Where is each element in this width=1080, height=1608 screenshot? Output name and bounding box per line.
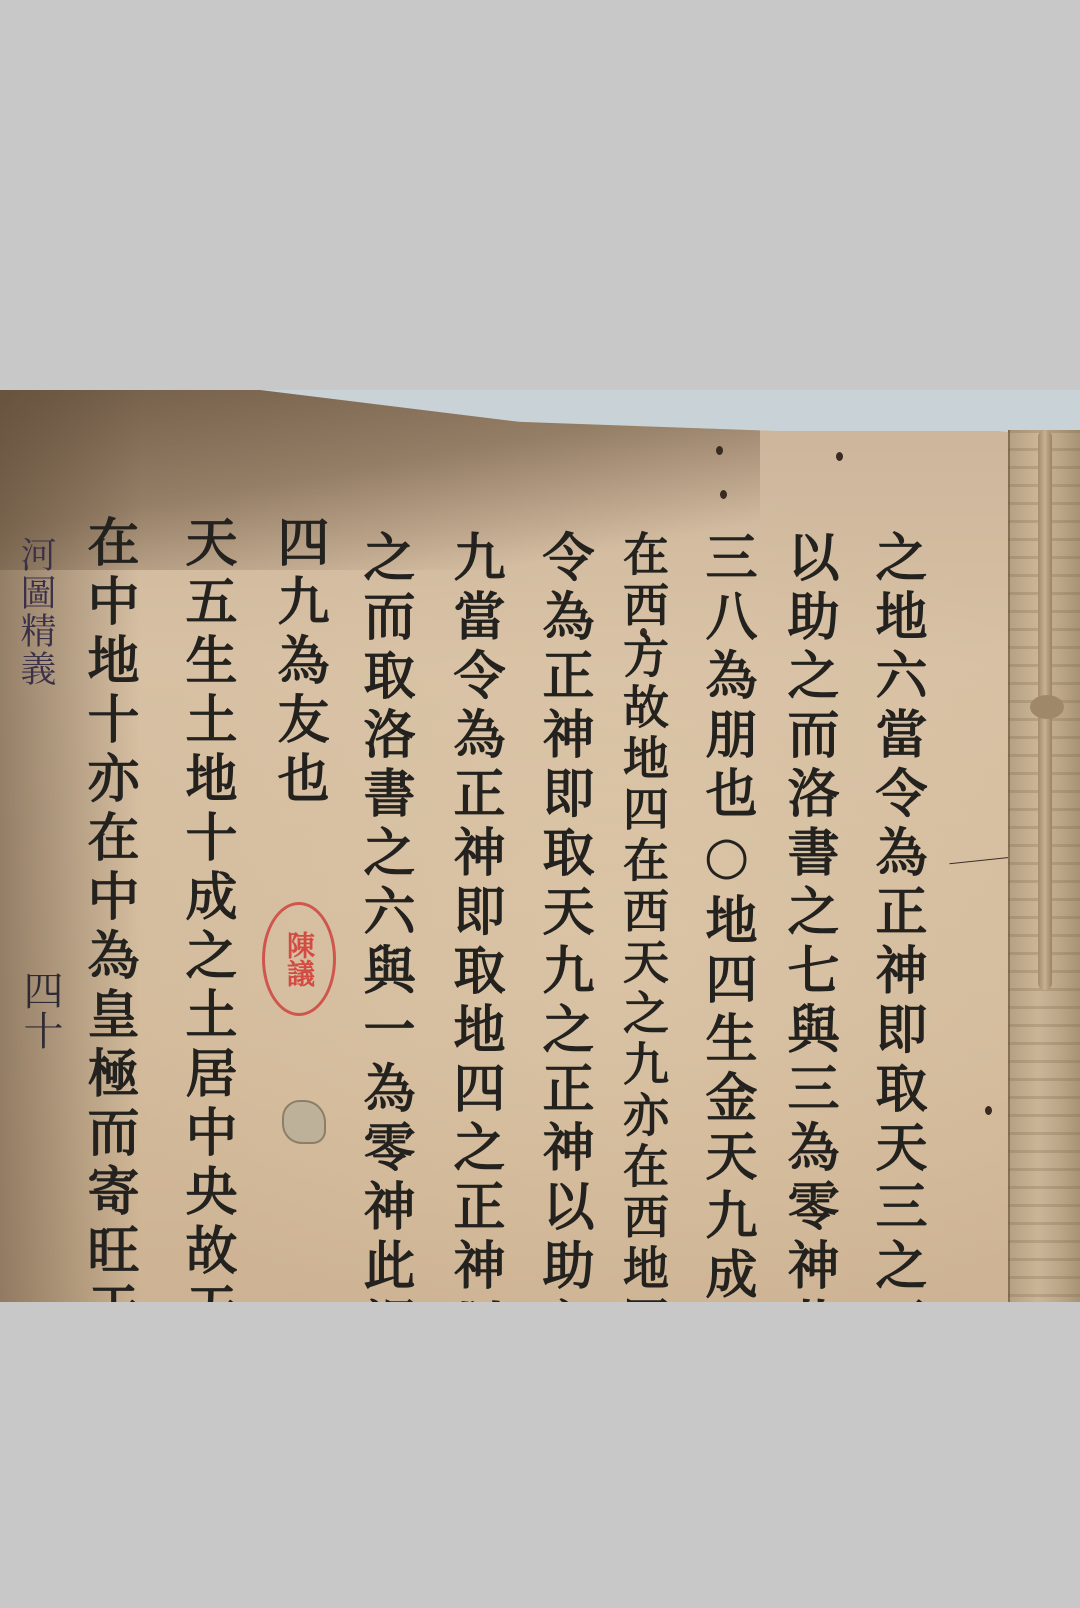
seal-text: 陳議 [285, 931, 313, 987]
wormhole-mark [716, 446, 723, 455]
folio-number: 四十 [12, 970, 69, 1050]
text-column-5: 令為正神即取天九之正神以助之天 [537, 530, 589, 1302]
text-column-10: 在中地十亦在中為皇極而寄旺于 [82, 515, 134, 1302]
wormhole-mark [720, 490, 727, 499]
wormhole-mark [985, 1106, 992, 1115]
text-column-6: 九當令為正神即取地四之正神以助 [448, 530, 500, 1302]
margin-title: 河圖精義 [10, 536, 61, 688]
text-column-9: 天五生土地十成之土居中央故天五 [180, 515, 232, 1302]
text-column-4: 在西方故地四在西天之九亦在西地四當 [620, 530, 666, 1302]
stray-hair [949, 857, 1011, 878]
text-column-3: 三八為朋也○地四生金天九成之金 [700, 530, 752, 1302]
text-column-2: 以助之而洛書之七與三為零神此謂 [782, 530, 834, 1302]
paper-tear [282, 1100, 326, 1144]
text-column-8: 四九為友也 [272, 515, 324, 810]
red-seal-stamp: 陳議 [262, 902, 336, 1016]
binding-knot [1030, 695, 1064, 719]
text-column-1: 之地六當令為正神即取天三之正神 [870, 530, 922, 1302]
manuscript-photo: 之地六當令為正神即取天三之正神 以助之而洛書之七與三為零神此謂 三八為朋也○地四… [0, 390, 1080, 1302]
wormhole-mark [836, 452, 843, 461]
manuscript-page: 之地六當令為正神即取天三之正神 以助之而洛書之七與三為零神此謂 三八為朋也○地四… [0, 390, 1040, 1302]
text-column-7: 之而取洛書之六與一為零神此謂 [358, 530, 410, 1302]
